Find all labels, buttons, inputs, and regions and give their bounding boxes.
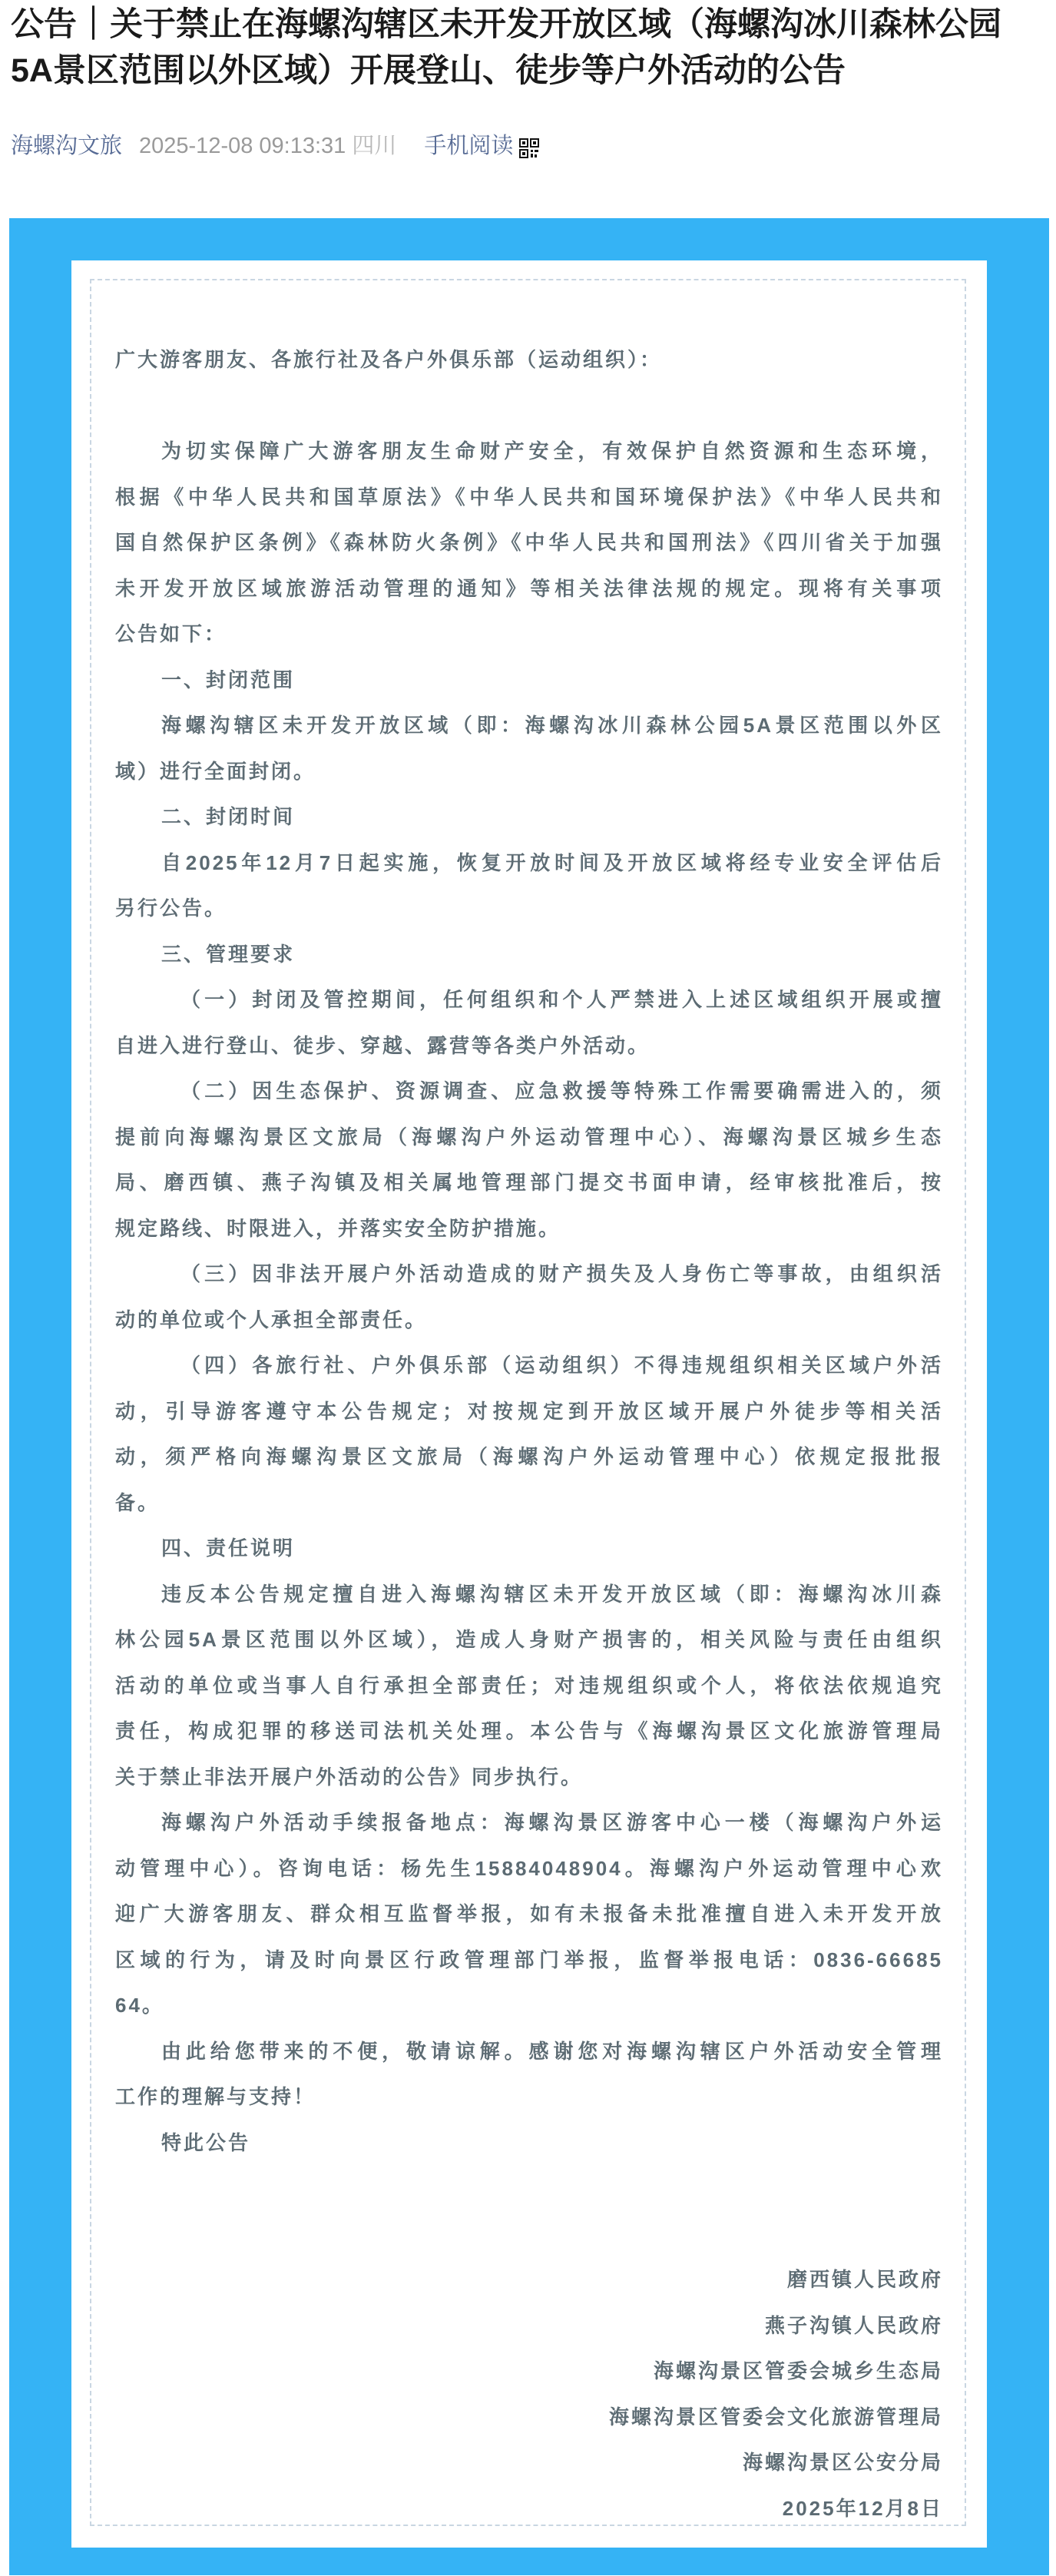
section-line: 林公园5A景区范围以外区域），造成人身财产损害的，相关风险与责任由组织 — [115, 1617, 943, 1663]
signatory: 磨西镇人民政府 — [115, 2257, 943, 2303]
section-heading: 一、封闭范围 — [115, 658, 943, 704]
notice-paper: 广大游客朋友、各旅行社及各户外俱乐部（运动组织）： 为切实保障广大游客朋友生命财… — [71, 260, 987, 2548]
salutation: 广大游客朋友、各旅行社及各户外俱乐部（运动组织）： — [115, 337, 943, 383]
requirement-item: 动，须严格向海螺沟景区文旅局（海螺沟户外运动管理中心）依规定报批报 — [115, 1434, 943, 1480]
section-line: 违反本公告规定擅自进入海螺沟辖区未开发开放区域（即：海螺沟冰川森 — [115, 1572, 943, 1618]
section-line: 域）进行全面封闭。 — [115, 749, 943, 795]
section-line: 海螺沟辖区未开发开放区域（即：海螺沟冰川森林公园5A景区范围以外区 — [115, 703, 943, 749]
article-title-line: 公告｜关于禁止在海螺沟辖区未开发开放区域（海螺沟冰川森林公园 — [11, 2, 1048, 48]
article-meta: 海螺沟文旅 2025-12-08 09:13:31 四川 手机阅读 — [11, 131, 539, 161]
requirement-item: 提前向海螺沟景区文旅局（海螺沟户外运动管理中心）、海螺沟景区城乡生态 — [115, 1115, 943, 1161]
signatory: 海螺沟景区公安分局 — [115, 2440, 943, 2486]
filing-line: 64。 — [115, 1983, 943, 2029]
signatory: 海螺沟景区管委会文化旅游管理局 — [115, 2395, 943, 2441]
mobile-read-link[interactable]: 手机阅读 — [424, 131, 513, 161]
filing-line: 迎广大游客朋友、群众相互监督举报，如有未报备未批准擅自进入未开发开放 — [115, 1891, 943, 1938]
notice-frame: 广大游客朋友、各旅行社及各户外俱乐部（运动组织）： 为切实保障广大游客朋友生命财… — [9, 218, 1049, 2575]
intro-line: 根据《中华人民共和国草原法》《中华人民共和国环境保护法》《中华人民共和 — [115, 475, 943, 521]
intro-line: 为切实保障广大游客朋友生命财产安全，有效保护自然资源和生态环境， — [115, 429, 943, 475]
requirement-item: （四）各旅行社、户外俱乐部（运动组织）不得违规组织相关区域户外活 — [115, 1343, 943, 1389]
signatory: 海螺沟景区管委会城乡生态局 — [115, 2349, 943, 2395]
notice-body: 广大游客朋友、各旅行社及各户外俱乐部（运动组织）： 为切实保障广大游客朋友生命财… — [115, 337, 943, 2531]
section-line: 责任，构成犯罪的移送司法机关处理。本公告与《海螺沟景区文化旅游管理局 — [115, 1709, 943, 1755]
blank-line — [115, 383, 943, 429]
article-title: 公告｜关于禁止在海螺沟辖区未开发开放区域（海螺沟冰川森林公园 5A景区范围以外区… — [11, 2, 1048, 94]
notice-date: 2025年12月8日 — [115, 2486, 943, 2532]
publish-datetime: 2025-12-08 09:13:31 — [139, 131, 346, 161]
section-line: 活动的单位或当事人自行承担全部责任；对违规组织或个人，将依法依规追究 — [115, 1663, 943, 1709]
requirement-item: （一）封闭及管控期间，任何组织和个人严禁进入上述区域组织开展或擅 — [115, 977, 943, 1023]
section-line: 自2025年12月7日起实施，恢复开放时间及开放区域将经专业安全评估后 — [115, 840, 943, 887]
requirement-item: （三）因非法开展户外活动造成的财产损失及人身伤亡等事故，由组织活 — [115, 1252, 943, 1298]
qr-code-icon[interactable] — [519, 136, 539, 156]
publish-region: 四川 — [352, 131, 396, 161]
intro-line: 公告如下： — [115, 612, 943, 658]
requirement-item: 规定路线、时限进入，并落实安全防护措施。 — [115, 1206, 943, 1252]
intro-line: 未开发开放区域旅游活动管理的通知》等相关法律法规的规定。现将有关事项 — [115, 566, 943, 612]
blank-line — [115, 2166, 943, 2212]
intro-line: 国自然保护区条例》《森林防火条例》《中华人民共和国刑法》《四川省关于加强 — [115, 520, 943, 566]
requirement-item: 备。 — [115, 1480, 943, 1527]
requirement-item: 动，引导游客遵守本公告规定；对按规定到开放区域开展户外徒步等相关活 — [115, 1389, 943, 1435]
requirement-item: 局、磨西镇、燕子沟镇及相关属地管理部门提交书面申请，经审核批准后，按 — [115, 1160, 943, 1206]
filing-line: 海螺沟户外活动手续报备地点：海螺沟景区游客中心一楼（海螺沟户外运 — [115, 1800, 943, 1846]
blank-line — [115, 2212, 943, 2258]
sign-off: 特此公告 — [115, 2120, 943, 2167]
section-line: 另行公告。 — [115, 886, 943, 932]
requirement-item: （二）因生态保护、资源调查、应急救援等特殊工作需要确需进入的，须 — [115, 1069, 943, 1115]
article-title-line: 5A景区范围以外区域）开展登山、徒步等户外活动的公告 — [11, 48, 1048, 94]
filing-line: 动管理中心）。咨询电话：杨先生15884048904。海螺沟户外运动管理中心欢 — [115, 1846, 943, 1892]
section-heading: 二、封闭时间 — [115, 794, 943, 840]
requirement-item: 动的单位或个人承担全部责任。 — [115, 1298, 943, 1344]
closing-line: 工作的理解与支持！ — [115, 2074, 943, 2120]
author-link[interactable]: 海螺沟文旅 — [11, 131, 122, 161]
section-line: 关于禁止非法开展户外活动的公告》同步执行。 — [115, 1755, 943, 1801]
requirement-item: 自进入进行登山、徒步、穿越、露营等各类户外活动。 — [115, 1023, 943, 1069]
section-heading: 三、管理要求 — [115, 932, 943, 978]
closing-line: 由此给您带来的不便，敬请谅解。感谢您对海螺沟辖区户外活动安全管理 — [115, 2029, 943, 2075]
filing-line: 区域的行为，请及时向景区行政管理部门举报，监督举报电话：0836-66685 — [115, 1938, 943, 1984]
section-heading: 四、责任说明 — [115, 1526, 943, 1572]
signatory: 燕子沟镇人民政府 — [115, 2303, 943, 2349]
